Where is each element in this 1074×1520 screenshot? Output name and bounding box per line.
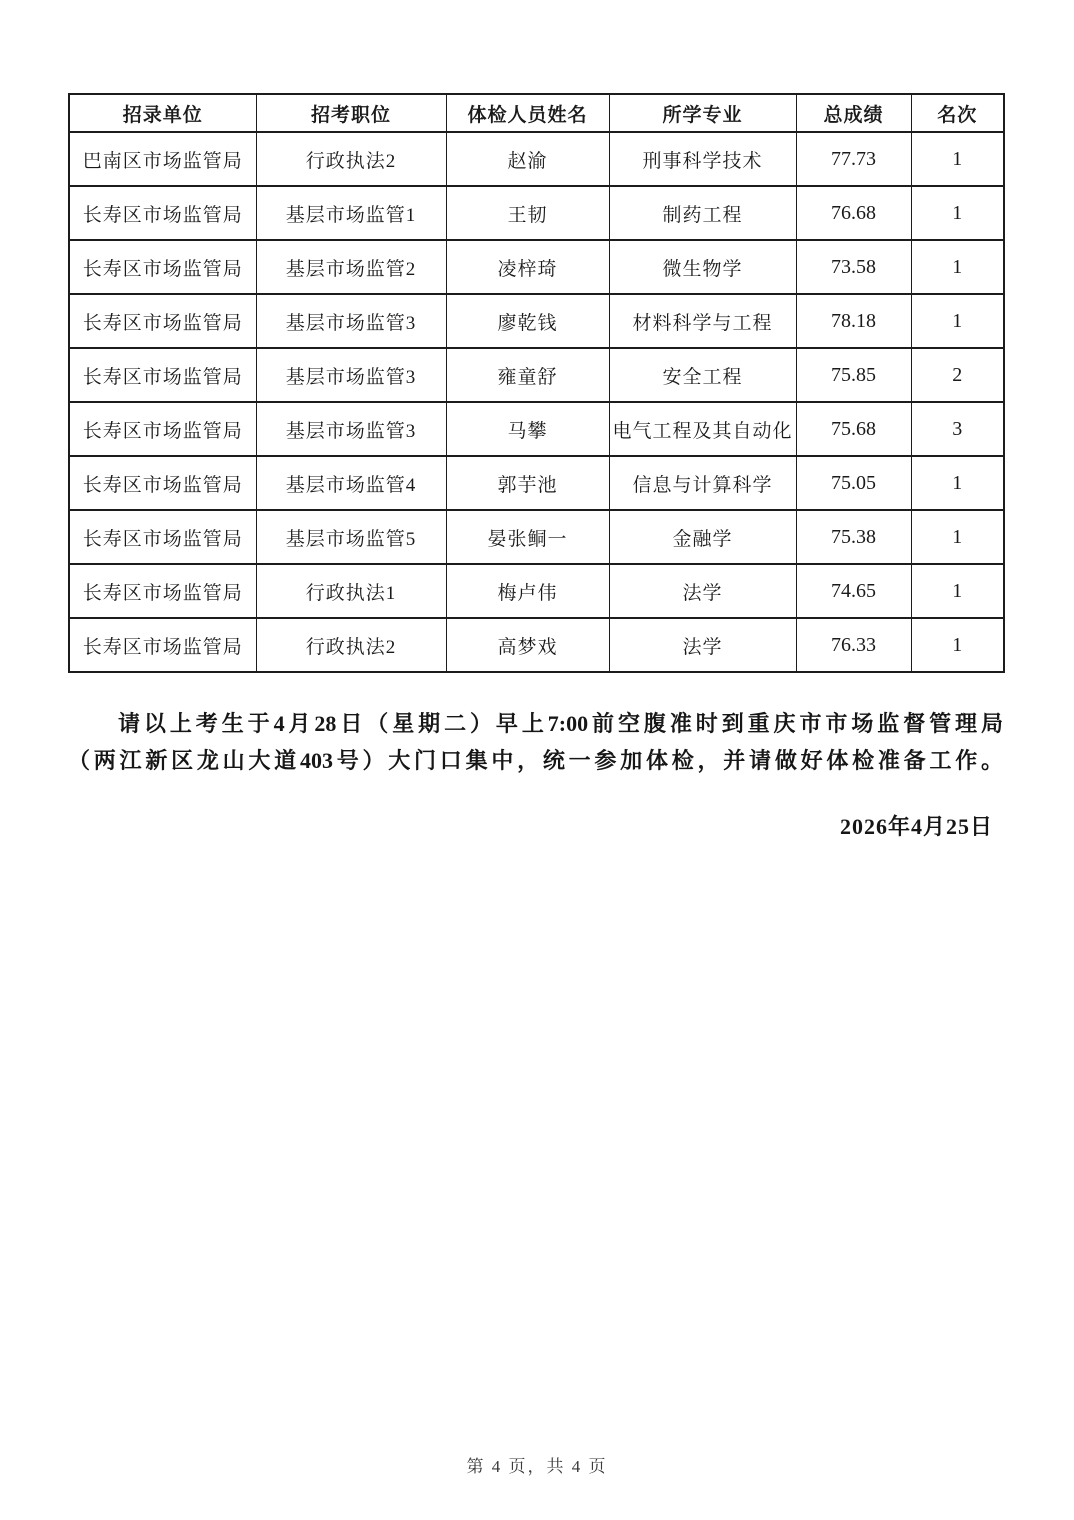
table-cell: 安全工程: [609, 348, 796, 402]
table-cell: 75.68: [796, 402, 911, 456]
page-number-footer: 第 4 页，共 4 页: [0, 1452, 1074, 1477]
table-row: 巴南区市场监管局行政执法2赵渝刑事科学技术77.731: [69, 132, 1004, 186]
table-cell: 75.05: [796, 456, 911, 510]
table-cell: 长寿区市场监管局: [69, 186, 256, 240]
table-cell: 长寿区市场监管局: [69, 564, 256, 618]
table-cell: 1: [911, 618, 1004, 672]
table-cell: 77.73: [796, 132, 911, 186]
table-cell: 1: [911, 564, 1004, 618]
signature-date: 2026年4月25日: [68, 810, 993, 841]
table-cell: 微生物学: [609, 240, 796, 294]
table-cell: 长寿区市场监管局: [69, 240, 256, 294]
table-cell: 长寿区市场监管局: [69, 510, 256, 564]
table-cell: 1: [911, 186, 1004, 240]
table-cell: 法学: [609, 618, 796, 672]
table-cell: 1: [911, 294, 1004, 348]
table-cell: 长寿区市场监管局: [69, 294, 256, 348]
column-header: 所学专业: [609, 94, 796, 132]
table-cell: 基层市场监管3: [256, 348, 446, 402]
table-cell: 凌梓琦: [446, 240, 609, 294]
table-cell: 法学: [609, 564, 796, 618]
table-cell: 基层市场监管2: [256, 240, 446, 294]
table-cell: 电气工程及其自动化: [609, 402, 796, 456]
table-cell: 行政执法2: [256, 618, 446, 672]
table-row: 长寿区市场监管局基层市场监管4郭芋池信息与计算科学75.051: [69, 456, 1004, 510]
notice-paragraph: 请以上考生于4月28日（星期二）早上7:00前空腹准时到重庆市市场监督管理局 （…: [68, 705, 1003, 779]
table-row: 长寿区市场监管局基层市场监管2凌梓琦微生物学73.581: [69, 240, 1004, 294]
table-cell: 73.58: [796, 240, 911, 294]
table-cell: 78.18: [796, 294, 911, 348]
table-cell: 行政执法2: [256, 132, 446, 186]
table-cell: 金融学: [609, 510, 796, 564]
table-cell: 制药工程: [609, 186, 796, 240]
table-row: 长寿区市场监管局基层市场监管3雍童舒安全工程75.852: [69, 348, 1004, 402]
table-cell: 马攀: [446, 402, 609, 456]
table-cell: 长寿区市场监管局: [69, 402, 256, 456]
table-cell: 75.85: [796, 348, 911, 402]
table-cell: 梅卢伟: [446, 564, 609, 618]
column-header: 名次: [911, 94, 1004, 132]
table-row: 长寿区市场监管局行政执法2高梦戏法学76.331: [69, 618, 1004, 672]
table-cell: 基层市场监管1: [256, 186, 446, 240]
table-cell: 3: [911, 402, 1004, 456]
document-page: 招录单位招考职位体检人员姓名所学专业总成绩名次 巴南区市场监管局行政执法2赵渝刑…: [0, 0, 1074, 1520]
table-cell: 长寿区市场监管局: [69, 618, 256, 672]
physical-exam-results-table: 招录单位招考职位体检人员姓名所学专业总成绩名次 巴南区市场监管局行政执法2赵渝刑…: [68, 93, 1005, 673]
table-cell: 1: [911, 132, 1004, 186]
column-header: 招录单位: [69, 94, 256, 132]
table-cell: 郭芋池: [446, 456, 609, 510]
table-cell: 晏张鲖一: [446, 510, 609, 564]
table-cell: 基层市场监管3: [256, 402, 446, 456]
table-row: 长寿区市场监管局基层市场监管1王韧制药工程76.681: [69, 186, 1004, 240]
table-cell: 雍童舒: [446, 348, 609, 402]
notice-line-1: 请以上考生于4月28日（星期二）早上7:00前空腹准时到重庆市市场监督管理局: [68, 705, 1003, 742]
table-cell: 74.65: [796, 564, 911, 618]
table-cell: 基层市场监管4: [256, 456, 446, 510]
table-cell: 刑事科学技术: [609, 132, 796, 186]
column-header: 招考职位: [256, 94, 446, 132]
table-row: 长寿区市场监管局行政执法1梅卢伟法学74.651: [69, 564, 1004, 618]
table-cell: 信息与计算科学: [609, 456, 796, 510]
table-cell: 1: [911, 456, 1004, 510]
table-cell: 75.38: [796, 510, 911, 564]
table-cell: 基层市场监管3: [256, 294, 446, 348]
table-cell: 赵渝: [446, 132, 609, 186]
table-cell: 76.68: [796, 186, 911, 240]
table-cell: 王韧: [446, 186, 609, 240]
notice-line-2: （两江新区龙山大道403号）大门口集中，统一参加体检，并请做好体检准备工作。: [68, 742, 1003, 779]
table-cell: 行政执法1: [256, 564, 446, 618]
table-row: 长寿区市场监管局基层市场监管3马攀电气工程及其自动化75.683: [69, 402, 1004, 456]
table-header-row: 招录单位招考职位体检人员姓名所学专业总成绩名次: [69, 94, 1004, 132]
table-body: 巴南区市场监管局行政执法2赵渝刑事科学技术77.731长寿区市场监管局基层市场监…: [69, 132, 1004, 672]
table-cell: 1: [911, 510, 1004, 564]
table-cell: 材料科学与工程: [609, 294, 796, 348]
table-cell: 基层市场监管5: [256, 510, 446, 564]
table-cell: 1: [911, 240, 1004, 294]
table-row: 长寿区市场监管局基层市场监管3廖乾钱材料科学与工程78.181: [69, 294, 1004, 348]
column-header: 总成绩: [796, 94, 911, 132]
table-cell: 巴南区市场监管局: [69, 132, 256, 186]
table-cell: 高梦戏: [446, 618, 609, 672]
table-cell: 长寿区市场监管局: [69, 456, 256, 510]
table-cell: 2: [911, 348, 1004, 402]
column-header: 体检人员姓名: [446, 94, 609, 132]
table-cell: 76.33: [796, 618, 911, 672]
table-cell: 廖乾钱: [446, 294, 609, 348]
table-row: 长寿区市场监管局基层市场监管5晏张鲖一金融学75.381: [69, 510, 1004, 564]
table-cell: 长寿区市场监管局: [69, 348, 256, 402]
